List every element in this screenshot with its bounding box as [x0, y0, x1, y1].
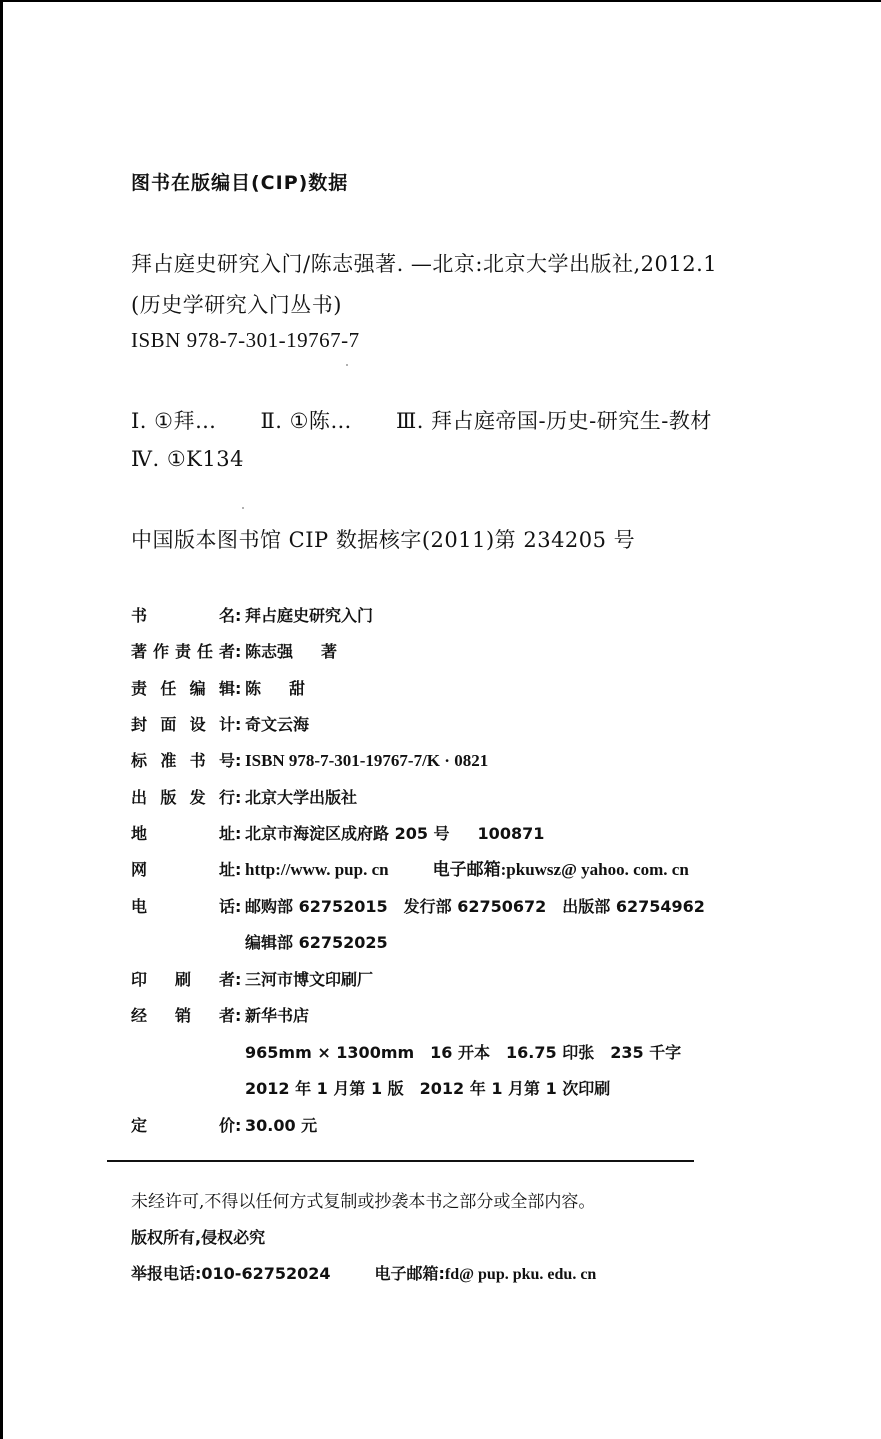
rights-reserved: 版权所有,侵权必究 [131, 1225, 265, 1248]
meta-label: 地址 : [131, 822, 243, 846]
cip-classification-line: Ⅰ. ①拜…Ⅱ. ①陈…Ⅲ. 拜占庭帝国-历史-研究生-教材 [131, 405, 712, 435]
book-title-value: 拜占庭史研究入门 [245, 604, 373, 628]
meta-label: 网址 : [131, 858, 243, 882]
cip-verification-number: 中国版本图书馆 CIP 数据核字(2011)第 234205 号 [131, 524, 635, 554]
phone-distribution: 发行部 62750672 [404, 897, 547, 916]
postcode: 100871 [478, 824, 545, 843]
report-contact: 举报电话:010-62752024电子邮箱:fd@ pup. pku. edu.… [131, 1261, 596, 1284]
edition-info: 2012 年 1 月第 1 版2012 年 1 月第 1 次印刷 [245, 1077, 610, 1101]
report-email: fd@ pup. pku. edu. cn [445, 1266, 596, 1283]
first-edition: 2012 年 1 月第 1 版 [245, 1079, 404, 1098]
phone-publishing: 出版部 62754962 [562, 897, 705, 916]
first-printing: 2012 年 1 月第 1 次印刷 [420, 1079, 611, 1098]
meta-label: 电话 : [131, 895, 243, 919]
author-value: 陈志强著 [245, 640, 337, 664]
cover-design-value: 奇文云海 [245, 713, 309, 737]
cip-bibliographic-line: 拜占庭史研究入门/陈志强著. —北京:北京大学出版社,2012.1 [131, 248, 717, 278]
cip-heading: 图书在版编目(CIP)数据 [131, 168, 348, 195]
website-url: http://www. pup. cn [245, 860, 389, 879]
publisher-value: 北京大学出版社 [245, 786, 357, 810]
book-specs: 965mm × 1300mm16 开本16.75 印张235 千字 [245, 1041, 681, 1065]
cip-isbn-line: ISBN 978-7-301-19767-7 [131, 328, 360, 353]
meta-label: 著作责任者 : [131, 640, 243, 664]
meta-label: 出版发行 : [131, 786, 243, 810]
phone-values: 邮购部 62752015发行部 62750672出版部 62754962 [245, 895, 705, 919]
page-border-left [0, 0, 3, 1439]
book-size: 16 开本 [430, 1043, 490, 1062]
word-count: 235 千字 [610, 1043, 681, 1062]
paper-format: 965mm × 1300mm [245, 1043, 414, 1062]
scan-speck [346, 364, 348, 366]
distributor-value: 新华书店 [245, 1004, 309, 1028]
report-email-label: 电子邮箱: [375, 1264, 445, 1283]
author-role: 著 [321, 642, 337, 661]
meta-label: 定价 : [131, 1114, 243, 1138]
isbn-value: ISBN 978-7-301-19767-7/K · 0821 [245, 749, 488, 773]
website-value: http://www. pup. cn电子邮箱:pkuwsz@ yahoo. c… [245, 858, 689, 882]
meta-label: 书名 : [131, 604, 243, 628]
address-value: 北京市海淀区成府路 205 号100871 [245, 822, 544, 846]
printer-value: 三河市博文印刷厂 [245, 968, 373, 992]
classification-part-1: Ⅰ. ①拜… [131, 409, 216, 433]
printed-sheets: 16.75 印张 [506, 1043, 594, 1062]
horizontal-rule [107, 1160, 694, 1162]
phone-mail-order: 邮购部 62752015 [245, 897, 388, 916]
page-border-top [0, 0, 881, 2]
meta-label: 印刷者 : [131, 968, 243, 992]
phone-editorial: 编辑部 62752025 [245, 931, 388, 955]
classification-part-3: Ⅲ. 拜占庭帝国-历史-研究生-教材 [396, 409, 712, 433]
meta-label: 封面设计 : [131, 713, 243, 737]
meta-label: 责任编辑 : [131, 677, 243, 701]
email-label: 电子邮箱: [433, 860, 507, 879]
classification-part-2: Ⅱ. ①陈… [260, 409, 351, 433]
scan-speck [242, 507, 244, 509]
meta-label: 标准书号 : [131, 749, 243, 773]
cip-series-line: (历史学研究入门丛书) [131, 289, 342, 319]
copyright-notice: 未经许可,不得以任何方式复制或抄袭本书之部分或全部内容。 [131, 1187, 595, 1212]
classification-part-4: Ⅳ. ①K134 [131, 447, 244, 471]
editor-value: 陈甜 [245, 677, 305, 701]
report-phone: 举报电话:010-62752024 [131, 1264, 331, 1283]
email-address: pkuwsz@ yahoo. com. cn [506, 860, 689, 879]
price-value: 30.00 元 [245, 1114, 317, 1138]
meta-label: 经销者 : [131, 1004, 243, 1028]
